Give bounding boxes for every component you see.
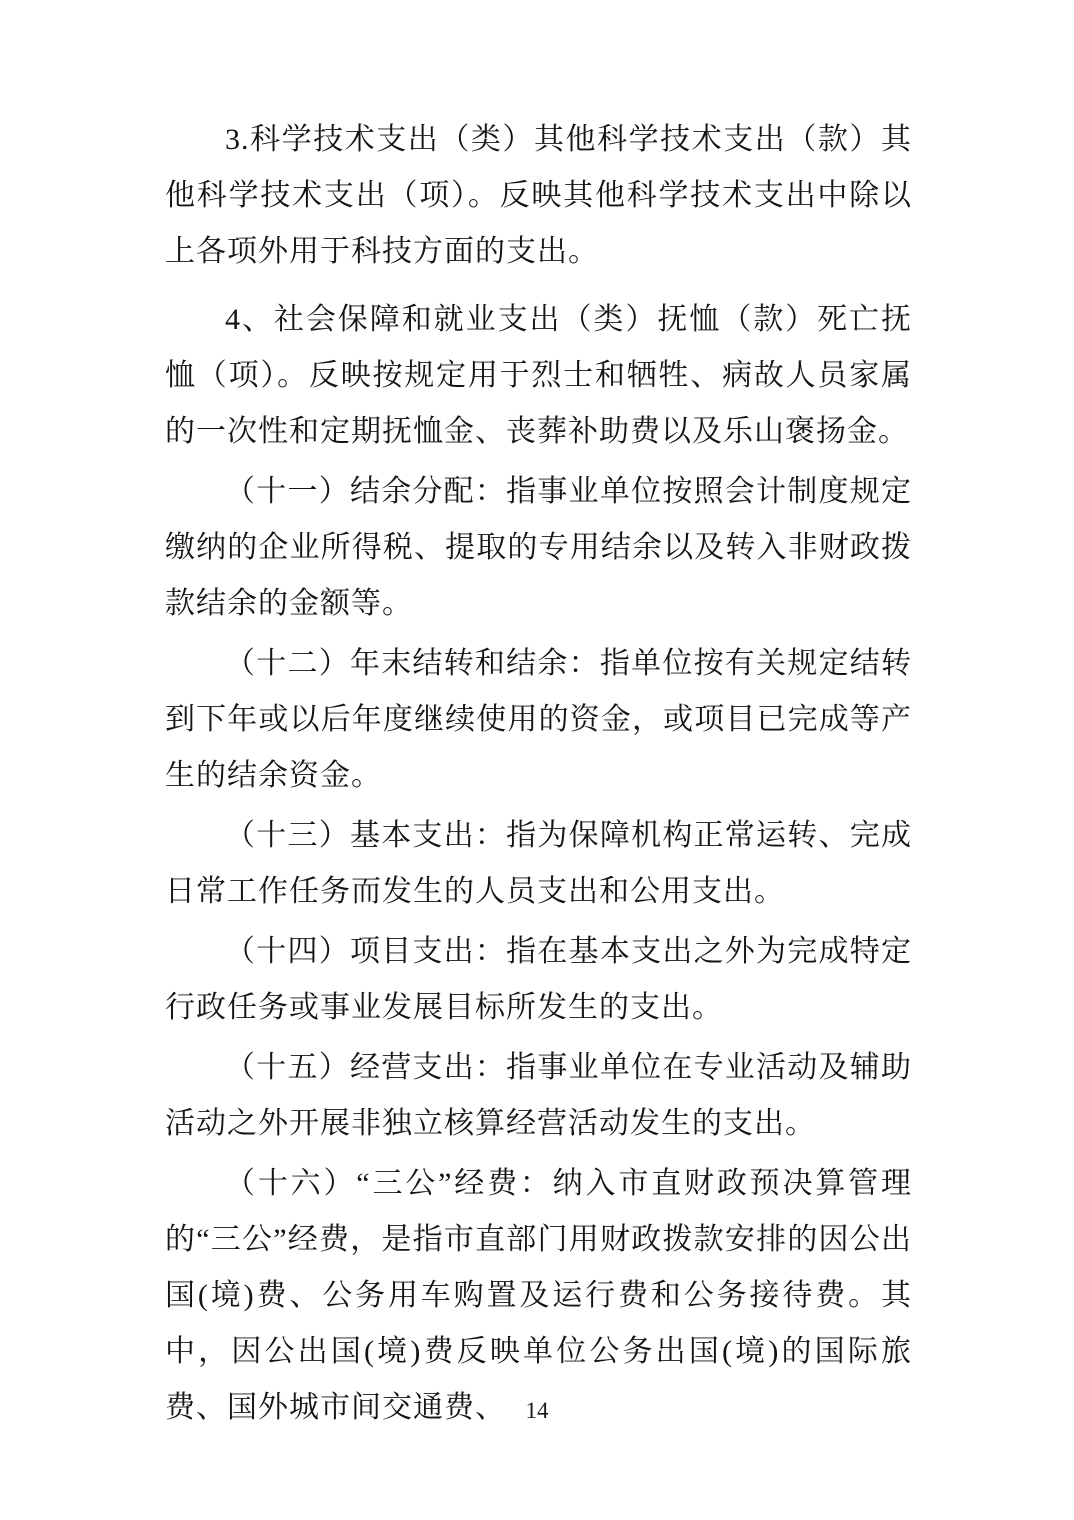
paragraph-three-public-funds: （十六）“三公”经费：纳入市直财政预决算管理的“三公”经费，是指市直部门用财政拨… bbox=[165, 1156, 912, 1436]
paragraph-science-tech-expenditure: 3.科学技术支出（类）其他科学技术支出（款）其他科学技术支出（项）。反映其他科学… bbox=[165, 112, 912, 280]
paragraph-surplus-distribution: （十一）结余分配：指事业单位按照会计制度规定缴纳的企业所得税、提取的专用结余以及… bbox=[165, 464, 912, 632]
paragraph-operating-expenditure: （十五）经营支出：指事业单位在专业活动及辅助活动之外开展非独立核算经营活动发生的… bbox=[165, 1040, 912, 1152]
paragraph-basic-expenditure: （十三）基本支出：指为保障机构正常运转、完成日常工作任务而发生的人员支出和公用支… bbox=[165, 808, 912, 920]
paragraph-social-security-expenditure: 4、社会保障和就业支出（类）抚恤（款）死亡抚恤（项）。反映按规定用于烈士和牺牲、… bbox=[165, 292, 912, 460]
paragraph-project-expenditure: （十四）项目支出：指在基本支出之外为完成特定行政任务或事业发展目标所发生的支出。 bbox=[165, 924, 912, 1036]
document-page: 3.科学技术支出（类）其他科学技术支出（款）其他科学技术支出（项）。反映其他科学… bbox=[0, 0, 1074, 1520]
page-number: 14 bbox=[0, 1398, 1074, 1424]
document-body: 3.科学技术支出（类）其他科学技术支出（款）其他科学技术支出（项）。反映其他科学… bbox=[165, 112, 912, 1436]
paragraph-year-end-carryover: （十二）年末结转和结余：指单位按有关规定结转到下年或以后年度继续使用的资金，或项… bbox=[165, 636, 912, 804]
